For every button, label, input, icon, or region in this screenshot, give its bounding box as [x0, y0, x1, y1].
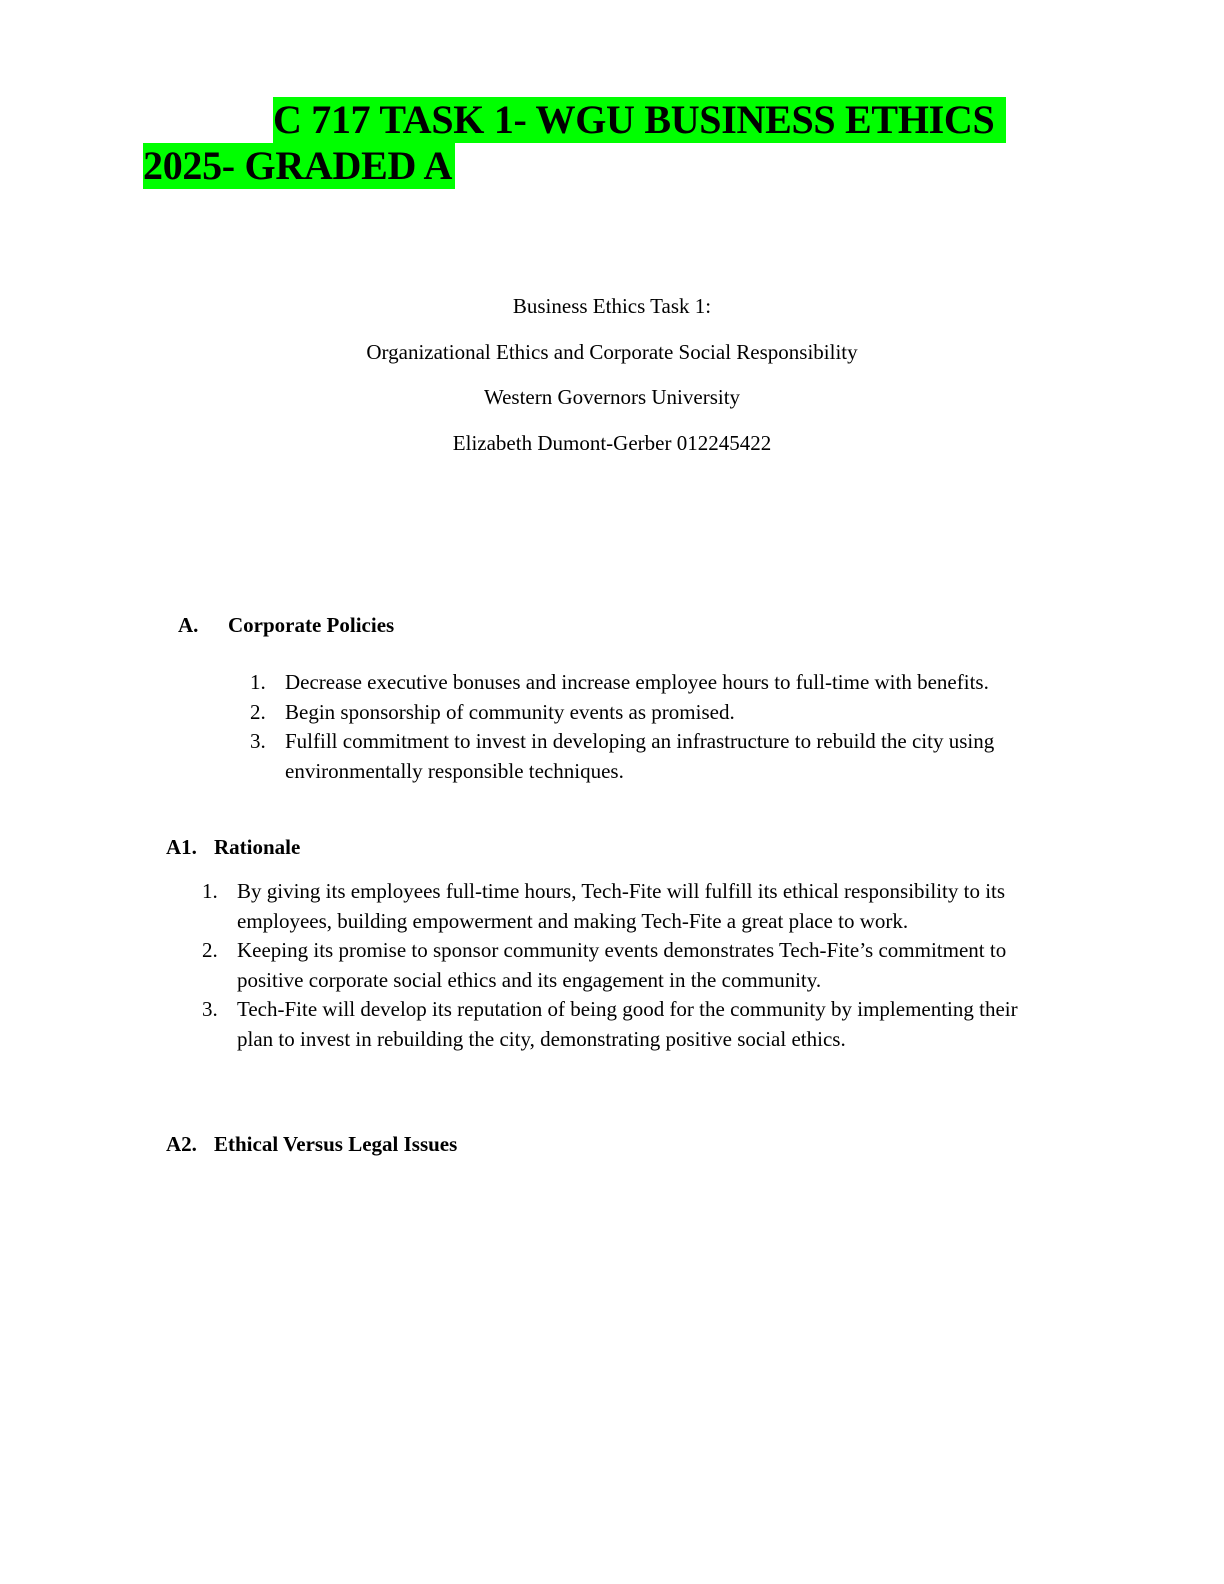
section-a1-title: Rationale — [214, 835, 300, 859]
list-item: 3.Fulfill commitment to invest in develo… — [285, 727, 1045, 786]
cover-university: Western Governors University — [0, 385, 1224, 409]
section-a2-title: Ethical Versus Legal Issues — [214, 1132, 457, 1156]
section-a-label: A. — [178, 613, 228, 637]
document-title-line-1: C 717 TASK 1- WGU BUSINESS ETHICS — [273, 97, 1006, 143]
list-item: 2.Begin sponsorship of community events … — [285, 698, 1045, 728]
section-a2-heading: A2.Ethical Versus Legal Issues — [166, 1132, 457, 1156]
section-a-title: Corporate Policies — [228, 613, 394, 637]
list-item: 1.Decrease executive bonuses and increas… — [285, 668, 1045, 698]
section-a-heading: A.Corporate Policies — [178, 613, 394, 637]
rationale-list: 1.By giving its employees full-time hour… — [237, 877, 1059, 1054]
section-a1-label: A1. — [166, 835, 214, 859]
cover-task-title: Business Ethics Task 1: — [0, 294, 1224, 318]
list-item: 3.Tech-Fite will develop its reputation … — [237, 995, 1059, 1054]
cover-author: Elizabeth Dumont-Gerber 012245422 — [0, 431, 1224, 455]
corporate-policies-list: 1.Decrease executive bonuses and increas… — [285, 668, 1045, 786]
section-a2-label: A2. — [166, 1132, 214, 1156]
list-item: 2.Keeping its promise to sponsor communi… — [237, 936, 1059, 995]
document-title-line-2: 2025- GRADED A — [143, 143, 455, 189]
section-a1-heading: A1.Rationale — [166, 835, 300, 859]
list-item: 1.By giving its employees full-time hour… — [237, 877, 1059, 936]
cover-subtitle: Organizational Ethics and Corporate Soci… — [0, 340, 1224, 364]
